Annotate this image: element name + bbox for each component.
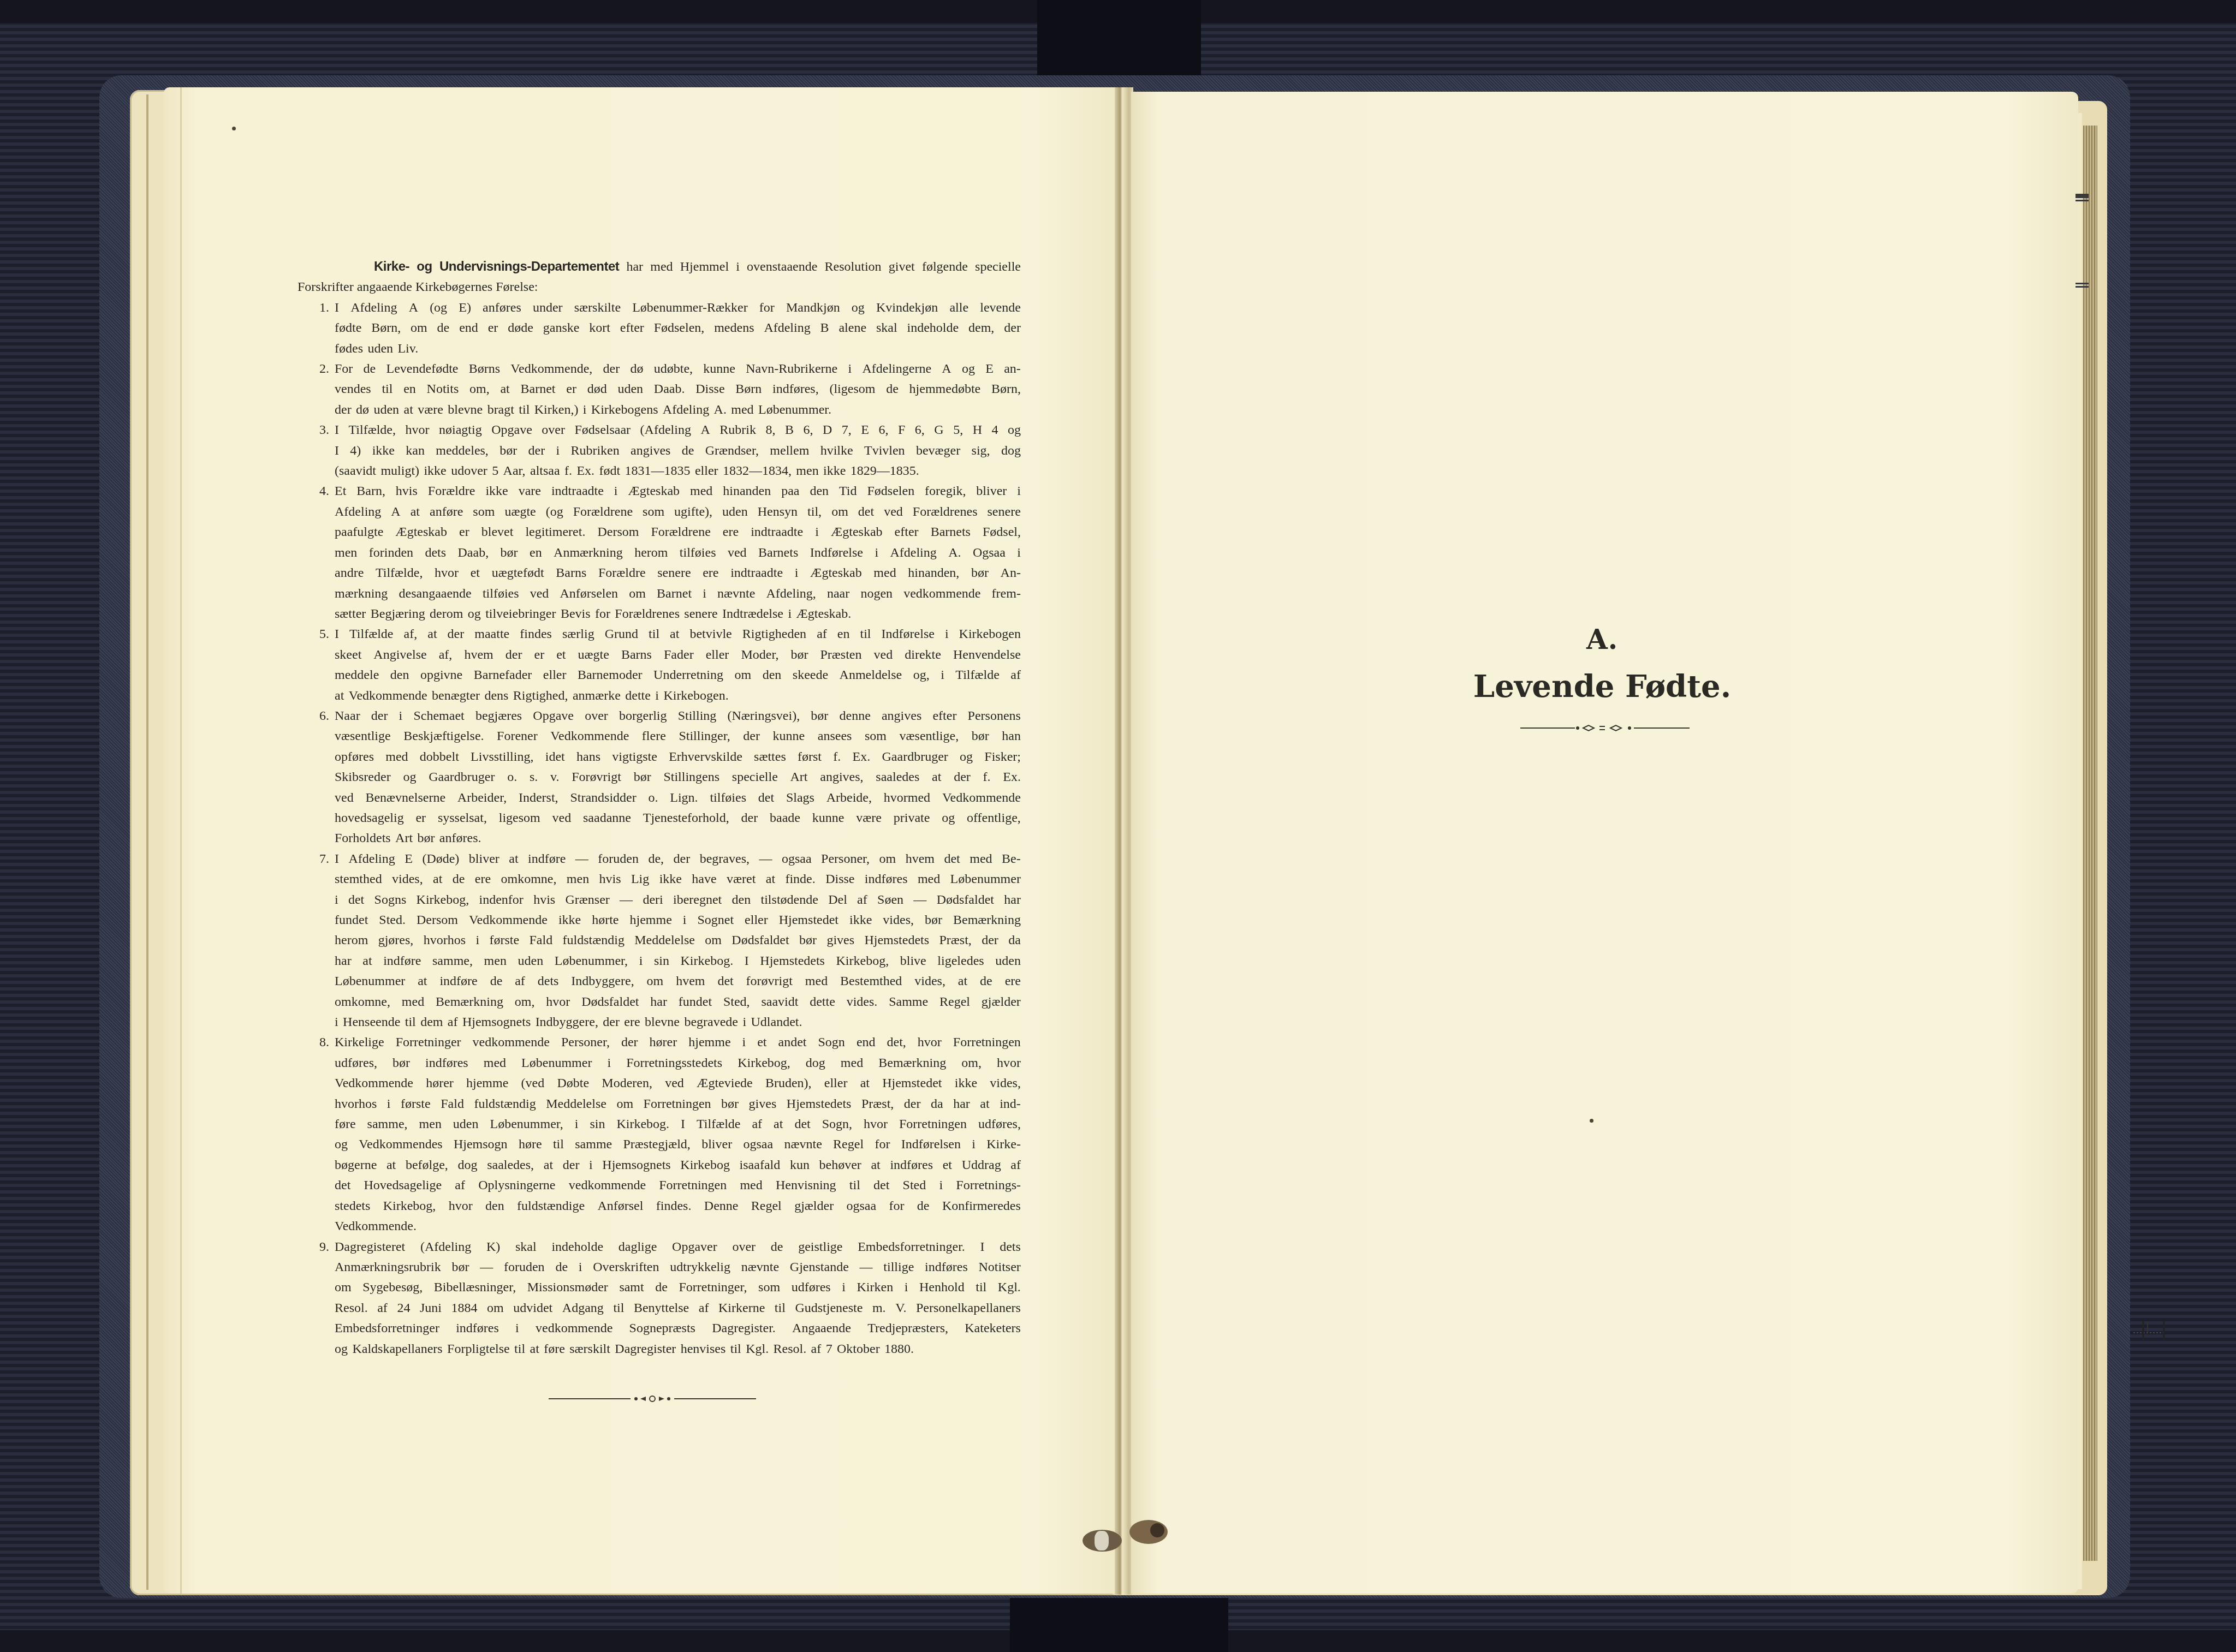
regulation-item: 9.Dagregisteret(AfdelingK)skalindeholded… — [319, 1237, 1021, 1359]
item-line: AfdelingAatanføresomuægte(ogForældreneso… — [335, 502, 1021, 522]
item-line: SkibsrederogGaardbrugero.s.v.Forøvrigtbø… — [335, 767, 1021, 788]
item-line: sætterBegjæringderomogtilveiebringerBevi… — [335, 604, 1021, 624]
item-line: fundetSted.DersomVedkommendeikkehørtehje… — [335, 910, 1021, 931]
item-line: andreTilfælde,hvoretuægtefødtBarnsForæld… — [335, 563, 1021, 583]
item-line: FordeLevendefødteBørnsVedkommende,derdøu… — [335, 359, 1021, 379]
section-title: Levende Fødte. — [1468, 669, 1736, 705]
regulation-item: 2.FordeLevendefødteBørnsVedkommende,derd… — [319, 359, 1021, 420]
department-name: Kirke- og Undervisnings-Departementet — [374, 259, 619, 274]
item-line: NaarderiSchemaetbegjæresOpgaveoverborger… — [335, 706, 1021, 726]
item-line: EtBarn,hvisForældreikkevareindtraadteiÆg… — [335, 481, 1021, 502]
regulation-item: 5.ITilfældeaf,atdermaattefindessærligGru… — [319, 624, 1021, 706]
item-line: føresamme,menudenLøbenummer,isinKirkebog… — [335, 1114, 1021, 1135]
item-number: 7. — [319, 849, 329, 869]
binding-hole-left — [1083, 1530, 1122, 1552]
tab-mark-upper — [2076, 194, 2089, 198]
regulation-item: 1.IAfdelingA(ogE)anføresundersærskilteLø… — [319, 298, 1021, 359]
item-line: ogKaldskapellanersForpligtelsetilatføres… — [335, 1339, 1021, 1359]
item-line: hvorhosiførsteFaldfuldstændigMeddelelseo… — [335, 1094, 1021, 1114]
item-line: væsentligeBeskjæftigelse.ForenerVedkomme… — [335, 726, 1021, 747]
intro-line-1-rest: har med Hjemmel i ovenstaaende Resolutio… — [626, 260, 1021, 274]
tab-mark-upper-2 — [2076, 200, 2089, 201]
item-line: ITilfælde,hvornøiagtigOpgaveoverFødselsa… — [335, 420, 1021, 440]
item-number: 5. — [319, 624, 329, 645]
item-line: Vedkommendehørerhjemme(vedDøbteModeren,v… — [335, 1073, 1021, 1094]
item-line: derdøudenatværeblevnebragttilKirken,)iKi… — [335, 400, 1021, 420]
item-line: LøbenummeratindføredeafdetsIndbyggere,om… — [335, 971, 1021, 992]
item-line: atVedkommendebenægterdensRigtighed,anmær… — [335, 686, 1021, 706]
regulation-item: 8.KirkeligeForretningervedkommendePerson… — [319, 1033, 1021, 1237]
item-line: meddeledenopgivneBarnefaderellerBarnemod… — [335, 665, 1021, 685]
right-page-fore-edge — [2083, 126, 2097, 1561]
item-line: IAfdelingE(Døde)bliveratindføre—forudend… — [335, 849, 1021, 869]
item-number: 8. — [319, 1033, 329, 1053]
item-line: hovedsageligersysselsat,ligesomvedsaadan… — [335, 808, 1021, 828]
item-line: Anmærkningsrubrikbør—forudendeiOverskrif… — [335, 1257, 1021, 1278]
paper-speck — [1590, 1119, 1593, 1123]
regulation-item: 4.EtBarn,hvisForældreikkevareindtraadtei… — [319, 481, 1021, 624]
ornamental-rule-icon — [549, 1395, 756, 1403]
item-line: fødteBørn,omdeenderdødeganskekortefterFø… — [335, 318, 1021, 338]
binding-hole-right — [1129, 1520, 1168, 1544]
item-line: omkomne,medBemærkningom,hvorDødsfaldetha… — [335, 992, 1021, 1012]
item-line: ogVedkommendesHjemsognhøretilsammePræste… — [335, 1135, 1021, 1155]
ornamental-rule-icon — [1520, 724, 1690, 732]
item-line: vedBenævnelserneArbeider,Inderst,Strands… — [335, 788, 1021, 808]
left-page-margin-rule — [164, 87, 182, 1594]
scale-marks-icon — [2131, 1320, 2166, 1341]
item-line: detHovedsageligeafOplysningernevedkommen… — [335, 1176, 1021, 1196]
item-line: IAfdelingA(ogE)anføresundersærskilteLøbe… — [335, 298, 1021, 318]
item-line: udføres,børindføresmedLøbenummeriForretn… — [335, 1053, 1021, 1073]
item-line: vendestilenNotitsom,atBarneterdødudenDaa… — [335, 379, 1021, 399]
item-line: haratindføresamme,menudenLøbenummer,isin… — [335, 951, 1021, 971]
item-line: iHenseendetildemafHjemsognetsIndbyggere,… — [335, 1012, 1021, 1033]
item-number: 1. — [319, 298, 329, 318]
spine-shadow-top — [1037, 0, 1201, 87]
regulations-text: Kirke- og Undervisnings-Departementet ha… — [319, 257, 1021, 1359]
item-line: ForholdetsArtbøranføres. — [335, 828, 1021, 849]
item-number: 4. — [319, 481, 329, 502]
item-number: 2. — [319, 359, 329, 379]
item-line: bøgerneatbefølge,dogsaaledes,atderiHjems… — [335, 1155, 1021, 1176]
item-line: (saavidtmuligt)ikkeudover5Aar,altsaaf.Ex… — [335, 461, 1021, 481]
item-line: I4)ikkekanmeddeles,børderiRubrikenangive… — [335, 441, 1021, 461]
item-line: omSygebesøg,Bibellæsninger,Missionsmøder… — [335, 1278, 1021, 1298]
item-line: Dagregisteret(AfdelingK)skalindeholdedag… — [335, 1237, 1021, 1257]
item-line: mærkningdesangaaendetilføiesvedAnførsele… — [335, 584, 1021, 604]
tab-mark-lower — [2076, 283, 2089, 284]
item-line: opføresmeddobbeltLivsstilling,idethansvi… — [335, 747, 1021, 767]
item-line: Vedkommende. — [335, 1216, 1021, 1237]
item-line: stedetsKirkebog,hvordenfuldstændigeAnfør… — [335, 1196, 1021, 1216]
item-number: 6. — [319, 706, 329, 726]
item-number: 9. — [319, 1237, 329, 1257]
item-line: menforindendetsDaab,børenAnmærkningherom… — [335, 543, 1021, 563]
item-line: paafulgteÆgteskaberblevetlegitimeret.Der… — [335, 522, 1021, 542]
item-line: Resol.af24Juni1884omudvidetAdgangtilBeny… — [335, 1298, 1021, 1319]
intro-line-1: Kirke- og Undervisnings-Departementet ha… — [319, 257, 1021, 277]
item-number: 3. — [319, 420, 329, 440]
regulation-item: 6.NaarderiSchemaetbegjæresOpgaveoverborg… — [319, 706, 1021, 849]
regulation-items: 1.IAfdelingA(ogE)anføresundersærskilteLø… — [319, 298, 1021, 1359]
item-line: heromgjøres,hvorhosiførsteFaldfuldstændi… — [335, 931, 1021, 951]
spine-shadow-bottom — [1010, 1594, 1228, 1652]
regulation-item: 7.IAfdelingE(Døde)bliveratindføre—forude… — [319, 849, 1021, 1033]
intro-line-2: Forskrifter angaaende Kirkebøgernes Føre… — [298, 277, 1021, 297]
right-page — [1131, 92, 2078, 1594]
item-line: EmbedsforretningerindføresivedkommendeSo… — [335, 1319, 1021, 1339]
item-line: stemthedvides,atdeereomkomne,menhvisLigi… — [335, 869, 1021, 890]
regulation-item: 3.ITilfælde,hvornøiagtigOpgaveoverFødsel… — [319, 420, 1021, 481]
item-line: fødesudenLiv. — [335, 339, 1021, 359]
book-gutter — [1115, 87, 1133, 1595]
item-line: ITilfældeaf,atdermaattefindessærligGrund… — [335, 624, 1021, 645]
item-line: skeetAngivelseaf,hvemdereretuægteBarnsFa… — [335, 645, 1021, 665]
item-line: idetSognsKirkebog,indenforhvisGrænser—de… — [335, 890, 1021, 910]
item-line: KirkeligeForretningervedkommendePersoner… — [335, 1033, 1021, 1053]
paper-speck — [232, 127, 236, 130]
section-letter: A. — [1529, 623, 1676, 655]
tab-mark-lower-2 — [2076, 286, 2089, 288]
